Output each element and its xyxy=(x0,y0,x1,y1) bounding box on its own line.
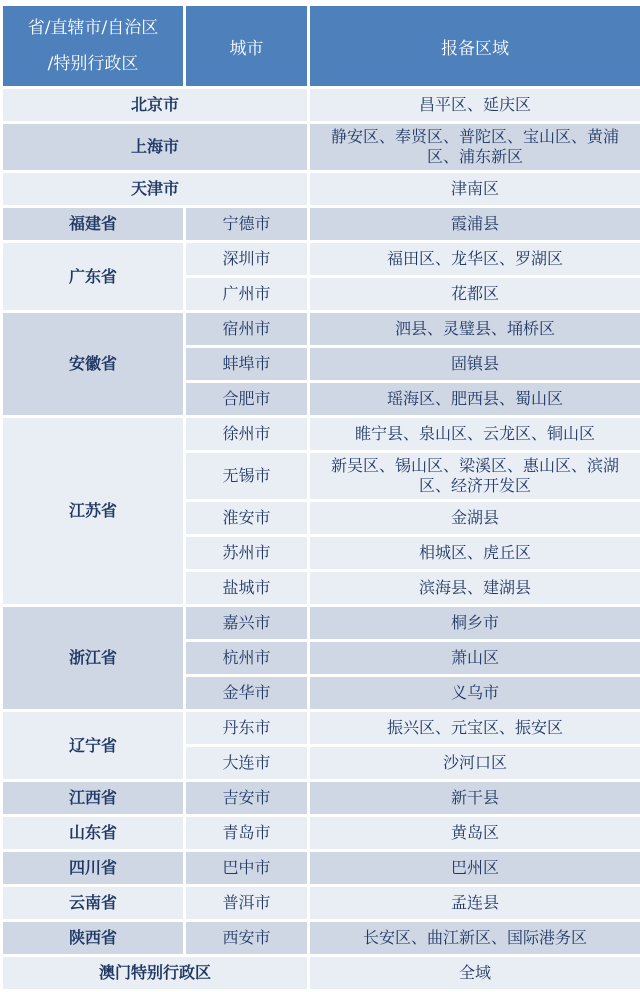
header-cell-province: 省/直辖市/自治区 /特别行政区 xyxy=(2,5,185,88)
province-cell: 安徽省 xyxy=(2,312,185,417)
regions-cell: 义乌市 xyxy=(309,676,640,711)
city-cell: 普洱市 xyxy=(185,886,309,921)
city-cell: 丹东市 xyxy=(185,711,309,746)
province-cell: 江西省 xyxy=(2,781,185,816)
city-cell: 盐城市 xyxy=(185,571,309,606)
regions-cell: 新吴区、锡山区、梁溪区、惠山区、滨湖区、经济开发区 xyxy=(309,452,640,501)
report-table: 省/直辖市/自治区 /特别行政区 城市 报备区域 北京市昌平区、延庆区上海市静安… xyxy=(0,3,640,992)
province-cell: 山东省 xyxy=(2,816,185,851)
regions-cell: 花都区 xyxy=(309,277,640,312)
regions-cell: 固镇县 xyxy=(309,347,640,382)
city-cell: 广州市 xyxy=(185,277,309,312)
province-cell: 福建省 xyxy=(2,207,185,242)
province-cell: 云南省 xyxy=(2,886,185,921)
province-cell: 四川省 xyxy=(2,851,185,886)
city-cell: 无锡市 xyxy=(185,452,309,501)
table-row: 上海市静安区、奉贤区、普陀区、宝山区、黄浦区、浦东新区 xyxy=(2,123,640,172)
province-cell: 江苏省 xyxy=(2,417,185,606)
city-cell: 淮安市 xyxy=(185,501,309,536)
header-row: 省/直辖市/自治区 /特别行政区 城市 报备区域 xyxy=(2,5,640,88)
regions-cell: 桐乡市 xyxy=(309,606,640,641)
header-province-line2: /特别行政区 xyxy=(7,46,179,82)
header-cell-city: 城市 xyxy=(185,5,309,88)
regions-cell: 睢宁县、泉山区、云龙区、铜山区 xyxy=(309,417,640,452)
table-row: 浙江省嘉兴市桐乡市 xyxy=(2,606,640,641)
province-cell: 辽宁省 xyxy=(2,711,185,781)
regions-cell: 孟连县 xyxy=(309,886,640,921)
province-cell: 上海市 xyxy=(2,123,309,172)
city-cell: 合肥市 xyxy=(185,382,309,417)
regions-cell: 滨海县、建湖县 xyxy=(309,571,640,606)
regions-cell: 萧山区 xyxy=(309,641,640,676)
table-row: 福建省宁德市霞浦县 xyxy=(2,207,640,242)
table-row: 安徽省宿州市泗县、灵璧县、埇桥区 xyxy=(2,312,640,347)
province-cell: 浙江省 xyxy=(2,606,185,711)
city-cell: 宁德市 xyxy=(185,207,309,242)
regions-cell: 全域 xyxy=(309,956,640,991)
province-cell: 澳门特别行政区 xyxy=(2,956,309,991)
table-row: 澳门特别行政区全域 xyxy=(2,956,640,991)
city-cell: 西安市 xyxy=(185,921,309,956)
table-row: 云南省普洱市孟连县 xyxy=(2,886,640,921)
province-cell: 广东省 xyxy=(2,242,185,312)
table-row: 四川省巴中市巴州区 xyxy=(2,851,640,886)
city-cell: 吉安市 xyxy=(185,781,309,816)
province-cell: 陕西省 xyxy=(2,921,185,956)
city-cell: 蚌埠市 xyxy=(185,347,309,382)
table-body: 北京市昌平区、延庆区上海市静安区、奉贤区、普陀区、宝山区、黄浦区、浦东新区天津市… xyxy=(2,88,640,991)
regions-cell: 振兴区、元宝区、振安区 xyxy=(309,711,640,746)
city-cell: 大连市 xyxy=(185,746,309,781)
regions-cell: 相城区、虎丘区 xyxy=(309,536,640,571)
table-row: 北京市昌平区、延庆区 xyxy=(2,88,640,123)
page: 省/直辖市/自治区 /特别行政区 城市 报备区域 北京市昌平区、延庆区上海市静安… xyxy=(0,0,640,992)
regions-cell: 津南区 xyxy=(309,172,640,207)
table-row: 天津市津南区 xyxy=(2,172,640,207)
province-cell: 天津市 xyxy=(2,172,309,207)
regions-cell: 长安区、曲江新区、国际港务区 xyxy=(309,921,640,956)
header-cell-regions: 报备区域 xyxy=(309,5,640,88)
table-row: 山东省青岛市黄岛区 xyxy=(2,816,640,851)
table-row: 陕西省西安市长安区、曲江新区、国际港务区 xyxy=(2,921,640,956)
regions-cell: 沙河口区 xyxy=(309,746,640,781)
table-row: 广东省深圳市福田区、龙华区、罗湖区 xyxy=(2,242,640,277)
city-cell: 金华市 xyxy=(185,676,309,711)
table-row: 江西省吉安市新干县 xyxy=(2,781,640,816)
city-cell: 徐州市 xyxy=(185,417,309,452)
regions-cell: 静安区、奉贤区、普陀区、宝山区、黄浦区、浦东新区 xyxy=(309,123,640,172)
province-cell: 北京市 xyxy=(2,88,309,123)
city-cell: 苏州市 xyxy=(185,536,309,571)
city-cell: 深圳市 xyxy=(185,242,309,277)
regions-cell: 昌平区、延庆区 xyxy=(309,88,640,123)
regions-cell: 金湖县 xyxy=(309,501,640,536)
regions-cell: 泗县、灵璧县、埇桥区 xyxy=(309,312,640,347)
city-cell: 嘉兴市 xyxy=(185,606,309,641)
city-cell: 宿州市 xyxy=(185,312,309,347)
regions-cell: 新干县 xyxy=(309,781,640,816)
city-cell: 青岛市 xyxy=(185,816,309,851)
city-cell: 杭州市 xyxy=(185,641,309,676)
regions-cell: 黄岛区 xyxy=(309,816,640,851)
table-header: 省/直辖市/自治区 /特别行政区 城市 报备区域 xyxy=(2,5,640,88)
table-row: 江苏省徐州市睢宁县、泉山区、云龙区、铜山区 xyxy=(2,417,640,452)
city-cell: 巴中市 xyxy=(185,851,309,886)
regions-cell: 霞浦县 xyxy=(309,207,640,242)
table-row: 辽宁省丹东市振兴区、元宝区、振安区 xyxy=(2,711,640,746)
regions-cell: 巴州区 xyxy=(309,851,640,886)
regions-cell: 瑶海区、肥西县、蜀山区 xyxy=(309,382,640,417)
regions-cell: 福田区、龙华区、罗湖区 xyxy=(309,242,640,277)
header-province-line1: 省/直辖市/自治区 xyxy=(7,10,179,46)
